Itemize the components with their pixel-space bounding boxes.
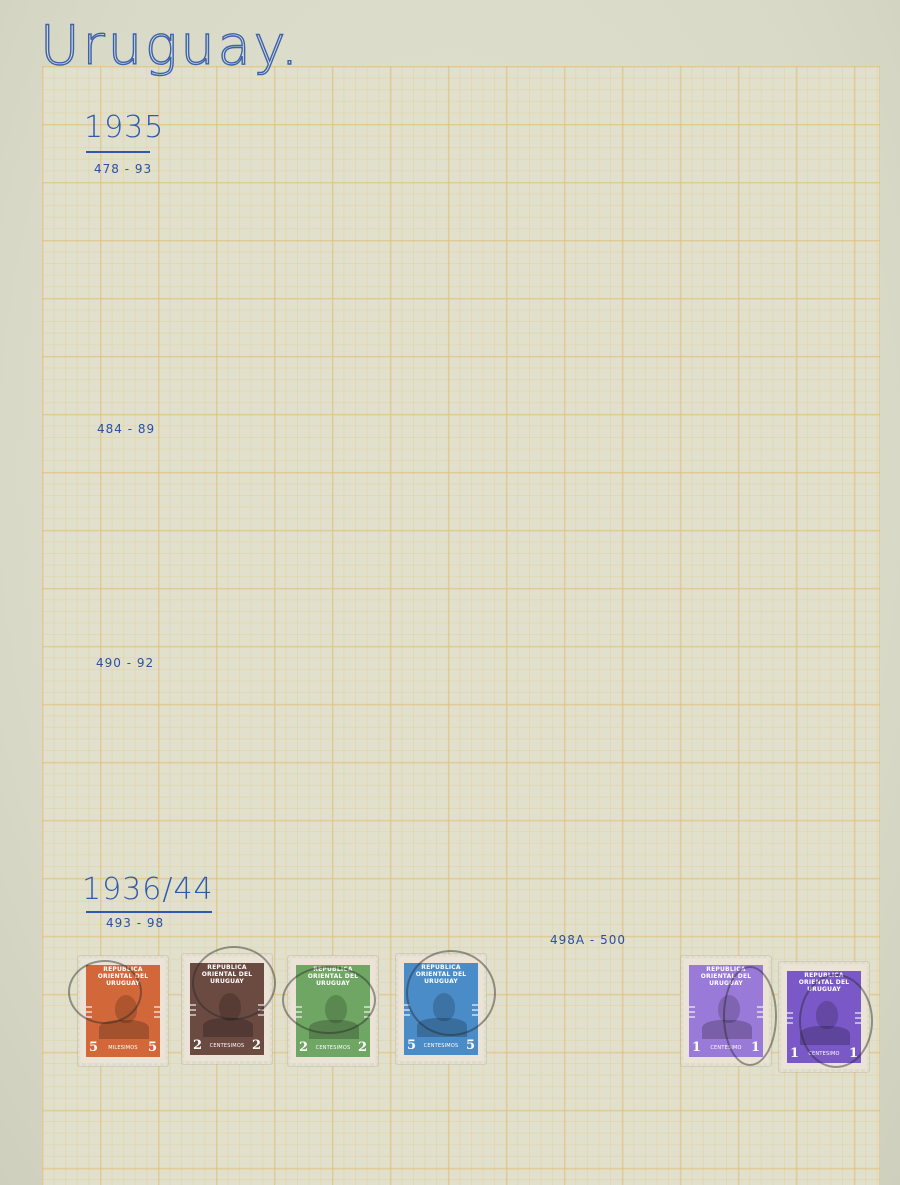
portrait	[92, 988, 154, 1039]
stamp-unit: CENTESIMOS	[205, 1043, 249, 1049]
portrait	[410, 986, 472, 1037]
page-title: Uruguay.	[40, 14, 301, 77]
catalog-range: 484 - 89	[97, 422, 155, 436]
stamp-unit: CENTESIMOS	[419, 1043, 463, 1049]
stamp-country-text: REPUBLICA ORIENTAL DEL URUGUAY	[296, 965, 370, 988]
stamp: REPUBLICA ORIENTAL DEL URUGUAY 5 CENTESI…	[396, 954, 486, 1064]
stamp-value: 2	[249, 1038, 264, 1054]
stamp-value: 1	[846, 1046, 861, 1062]
stamp-value: 5	[404, 1038, 419, 1054]
stamp-design: REPUBLICA ORIENTAL DEL URUGUAY 1 CENTESI…	[787, 971, 861, 1063]
stamp-value: 1	[748, 1040, 763, 1056]
section-year-1935: 1935	[84, 110, 164, 145]
stamp-design: REPUBLICA ORIENTAL DEL URUGUAY 1 CENTESI…	[689, 965, 763, 1057]
stamp-value: 2	[355, 1040, 370, 1056]
stamp-unit: CENTESIMO	[704, 1045, 748, 1051]
stamp: REPUBLICA ORIENTAL DEL URUGUAY 5 MILESIM…	[78, 956, 168, 1066]
catalog-range: 498A - 500	[550, 933, 626, 947]
stamp-unit: MILESIMOS	[101, 1045, 145, 1051]
stamp-country-text: REPUBLICA ORIENTAL DEL URUGUAY	[787, 971, 861, 994]
year-underline	[86, 911, 212, 913]
stamp: REPUBLICA ORIENTAL DEL URUGUAY 2 CENTESI…	[182, 954, 272, 1064]
stamp-value: 5	[463, 1038, 478, 1054]
stamp-value: 5	[86, 1040, 101, 1056]
stamp-value: 5	[145, 1040, 160, 1056]
year-underline	[86, 151, 150, 153]
portrait	[196, 986, 258, 1037]
stamp-country-text: REPUBLICA ORIENTAL DEL URUGUAY	[404, 963, 478, 986]
stamp-design: REPUBLICA ORIENTAL DEL URUGUAY 5 MILESIM…	[86, 965, 160, 1057]
stamp-value: 1	[787, 1046, 802, 1062]
stamp-value: 1	[689, 1040, 704, 1056]
portrait	[302, 988, 364, 1039]
catalog-range: 478 - 93	[94, 162, 152, 176]
stamp-country-text: REPUBLICA ORIENTAL DEL URUGUAY	[689, 965, 763, 988]
portrait	[793, 994, 855, 1045]
stamp-value: 2	[296, 1040, 311, 1056]
stamp-country-text: REPUBLICA ORIENTAL DEL URUGUAY	[86, 965, 160, 988]
stamp-design: REPUBLICA ORIENTAL DEL URUGUAY 5 CENTESI…	[404, 963, 478, 1055]
stamp-country-text: REPUBLICA ORIENTAL DEL URUGUAY	[190, 963, 264, 986]
portrait	[695, 988, 757, 1039]
stamp-value: 2	[190, 1038, 205, 1054]
section-year-1936-44: 1936/44	[82, 872, 214, 907]
catalog-range: 493 - 98	[106, 916, 164, 930]
stamp: REPUBLICA ORIENTAL DEL URUGUAY 1 CENTESI…	[681, 956, 771, 1066]
stamp-unit: CENTESIMO	[802, 1051, 846, 1057]
stamp-design: REPUBLICA ORIENTAL DEL URUGUAY 2 CENTESI…	[190, 963, 264, 1055]
stamp: REPUBLICA ORIENTAL DEL URUGUAY 2 CENTESI…	[288, 956, 378, 1066]
stamp-unit: CENTESIMOS	[311, 1045, 355, 1051]
stamp: REPUBLICA ORIENTAL DEL URUGUAY 1 CENTESI…	[779, 962, 869, 1072]
catalog-range: 490 - 92	[96, 656, 154, 670]
stamp-design: REPUBLICA ORIENTAL DEL URUGUAY 2 CENTESI…	[296, 965, 370, 1057]
